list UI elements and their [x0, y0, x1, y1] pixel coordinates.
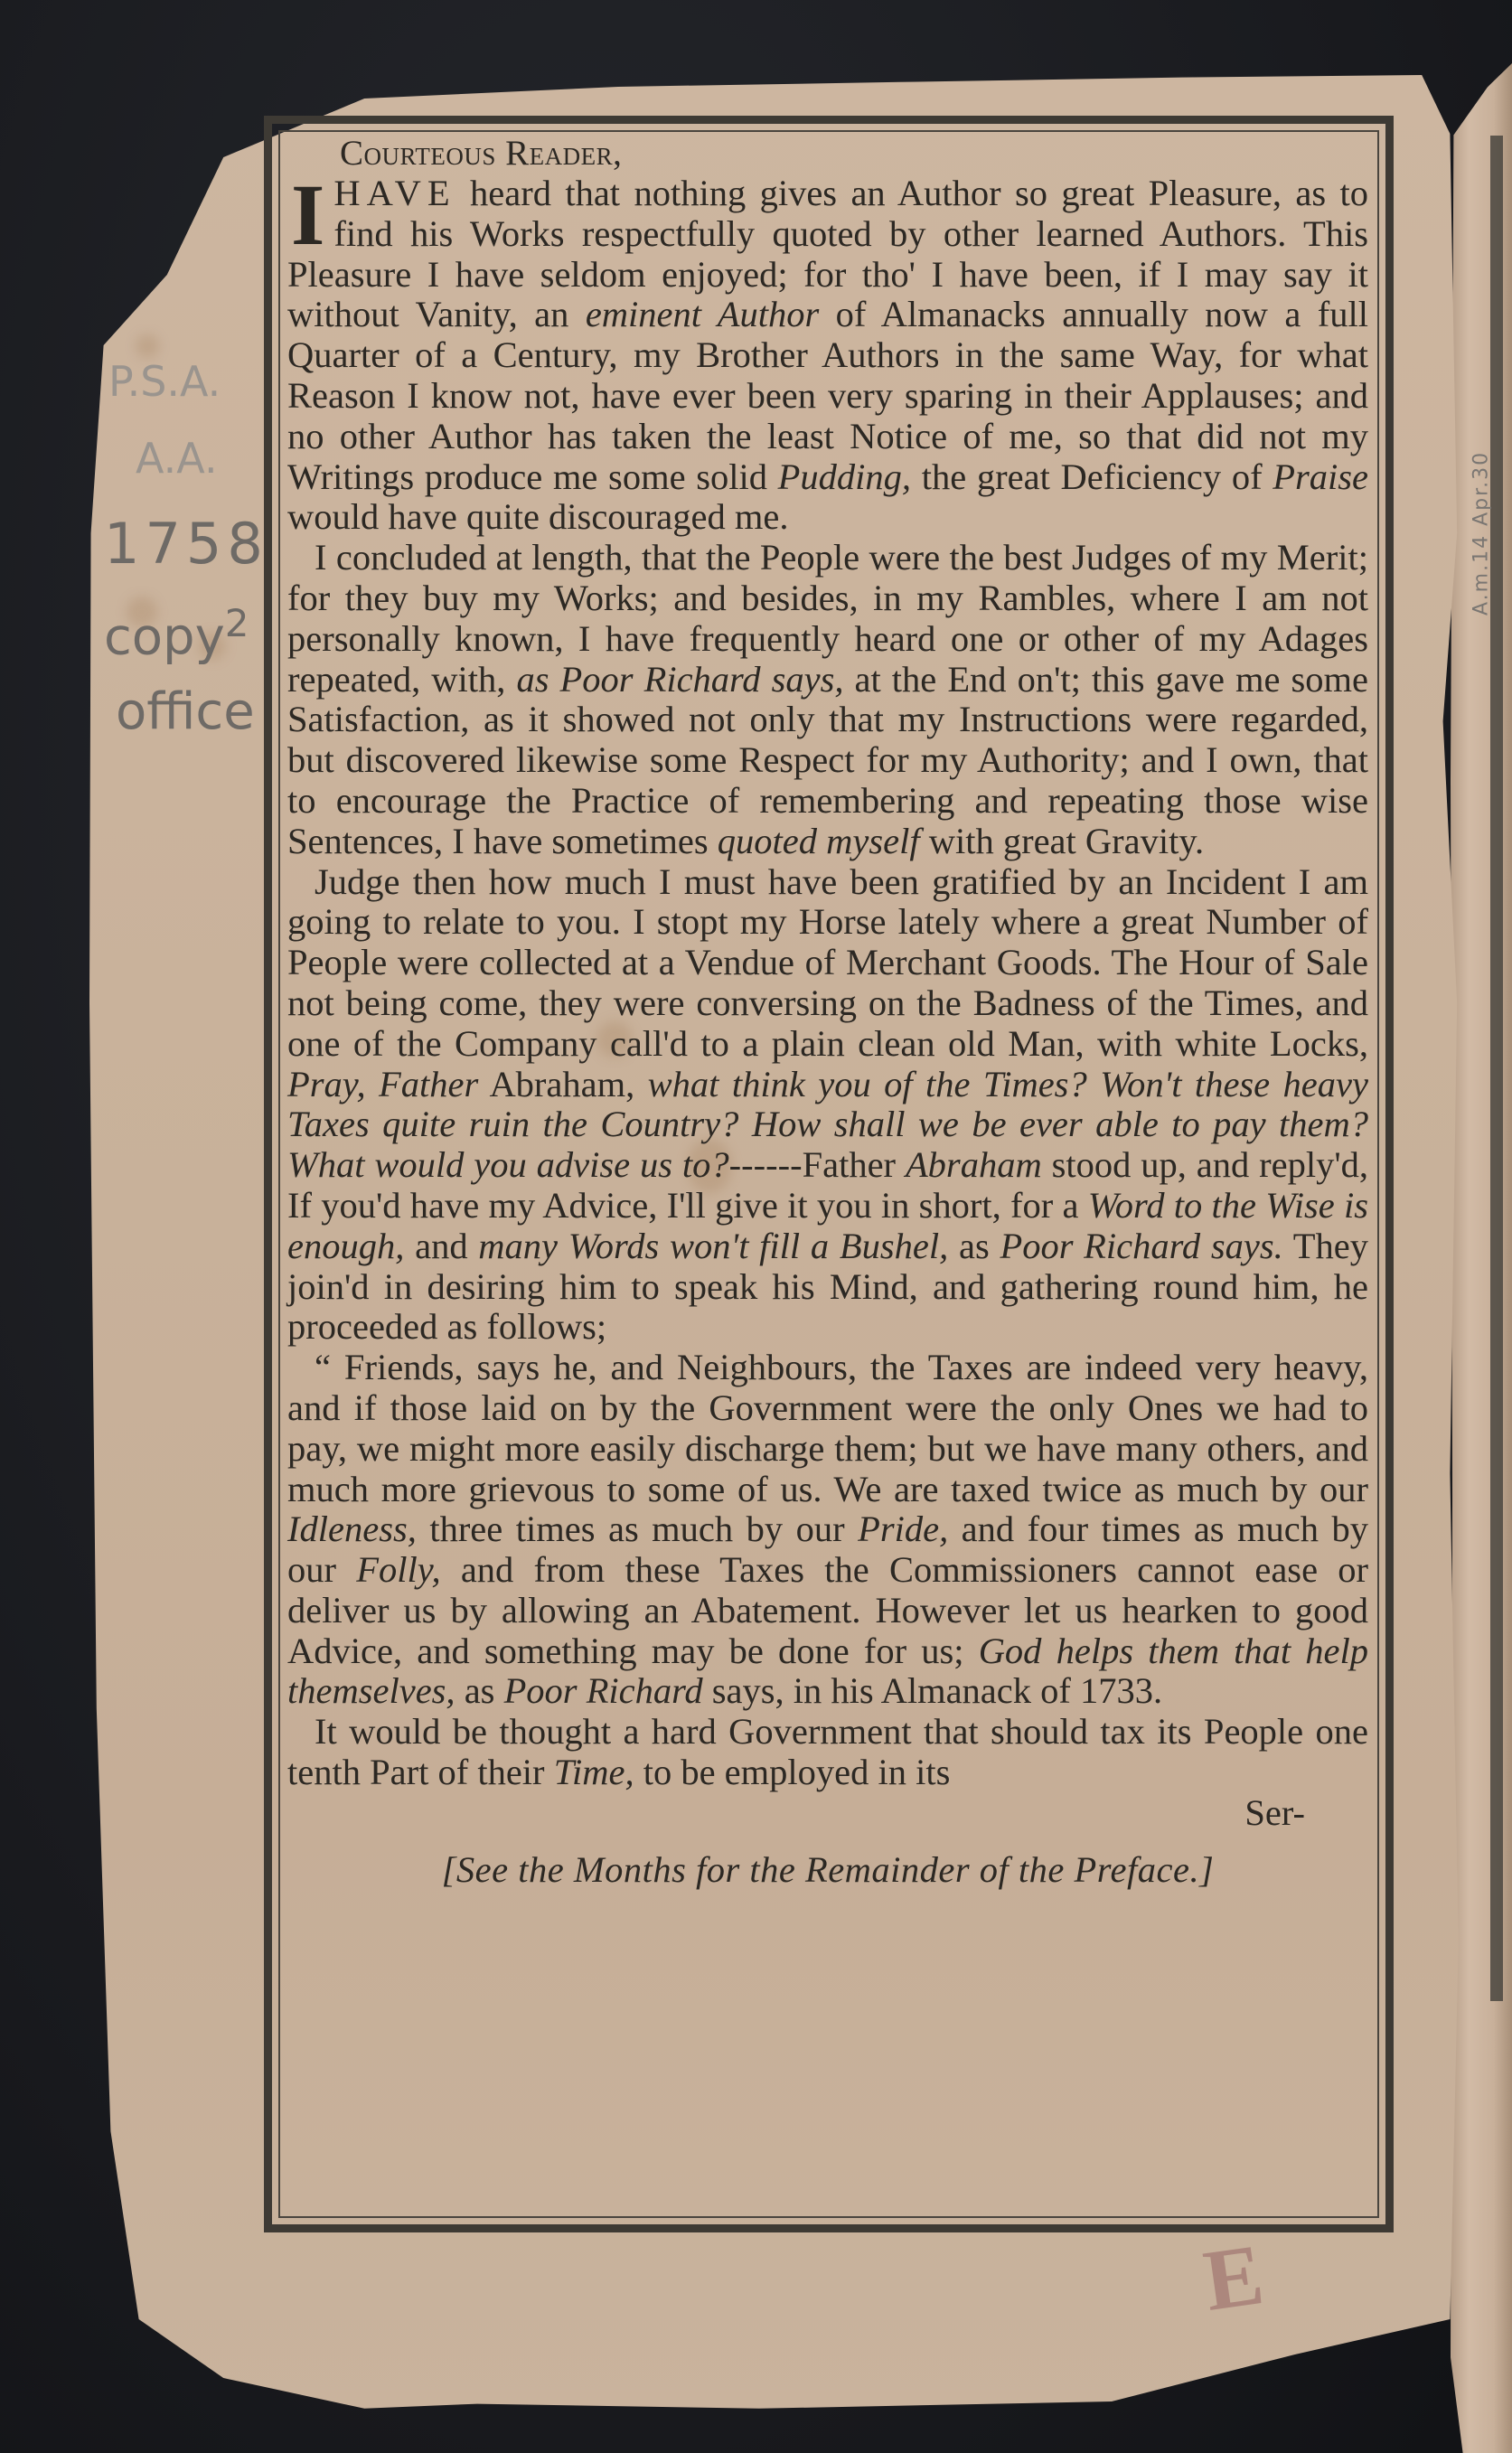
paragraph-5: It would be thought a hard Government th…	[287, 1712, 1368, 1793]
italic-run: Pudding,	[778, 456, 911, 497]
italic-run: many Words won't fill a Bushel,	[478, 1226, 948, 1266]
paragraph-2: I concluded at length, that the People w…	[287, 538, 1368, 861]
text-run: with great Gravity.	[920, 821, 1205, 861]
paragraph-3: Judge then how much I must have been gra…	[287, 862, 1368, 1349]
italic-run: Poor Richard	[504, 1670, 703, 1711]
italic-run: Pray, Father	[287, 1064, 478, 1104]
text-run: and	[404, 1226, 478, 1266]
right-edge-pencil-note: A.m.14 Apr.30	[1463, 362, 1499, 705]
text-run: “ Friends, says he, and Neighbours, the …	[287, 1347, 1368, 1508]
text-run: as	[455, 1670, 504, 1711]
salutation: Courteous Reader,	[287, 134, 1368, 174]
italic-run: Poor Richard says.	[1000, 1226, 1282, 1266]
italic-run: quoted myself	[718, 821, 920, 861]
continuation-note: [See the Months for the Remainder of the…	[287, 1850, 1368, 1891]
italic-run: as Poor Richard says,	[516, 659, 843, 700]
margin-note-copy: copy2	[104, 601, 249, 667]
text-run: says, in his Almanack of 1733.	[703, 1670, 1162, 1711]
italic-run: Folly,	[356, 1549, 440, 1590]
italic-run: Abraham	[906, 1144, 1042, 1185]
margin-note-copy-label: copy	[104, 608, 225, 667]
paragraph-1: IHAVE heard that nothing gives an Author…	[287, 174, 1368, 538]
text-run: as	[948, 1226, 1000, 1266]
catchword: Ser-	[287, 1793, 1368, 1834]
margin-note-copy-number: 2	[225, 601, 249, 645]
paragraph-4: “ Friends, says he, and Neighbours, the …	[287, 1348, 1368, 1712]
library-stamp: E	[1173, 2221, 1294, 2335]
italic-run: Praise	[1273, 456, 1368, 497]
preface-text: Courteous Reader, IHAVE heard that nothi…	[287, 134, 1368, 1890]
margin-note-year: 1758	[104, 511, 268, 577]
margin-note-faint-2: A.A.	[136, 434, 218, 483]
text-run: would have quite discouraged me.	[287, 496, 788, 537]
lead-word: HAVE	[333, 173, 455, 213]
text-run: ------Father	[729, 1144, 906, 1185]
italic-run: Time,	[554, 1752, 634, 1792]
margin-note-faint-1: P.S.A.	[108, 357, 221, 406]
text-run: the great Deficiency of	[911, 456, 1273, 497]
foxing-stain	[136, 334, 159, 358]
adjacent-page-edge: A.m.14 Apr.30	[1451, 63, 1512, 2453]
drop-cap: I	[291, 179, 324, 251]
italic-run: Pride,	[858, 1508, 948, 1549]
italic-run: Idleness,	[287, 1508, 417, 1549]
margin-note-office: office	[116, 682, 255, 741]
text-run: Abraham,	[478, 1064, 647, 1104]
text-run: to be employed in its	[634, 1752, 951, 1792]
text-run: Judge then how much I must have been gra…	[287, 861, 1368, 1064]
text-run: three times as much by our	[417, 1508, 858, 1549]
italic-run: eminent Author	[586, 294, 819, 334]
